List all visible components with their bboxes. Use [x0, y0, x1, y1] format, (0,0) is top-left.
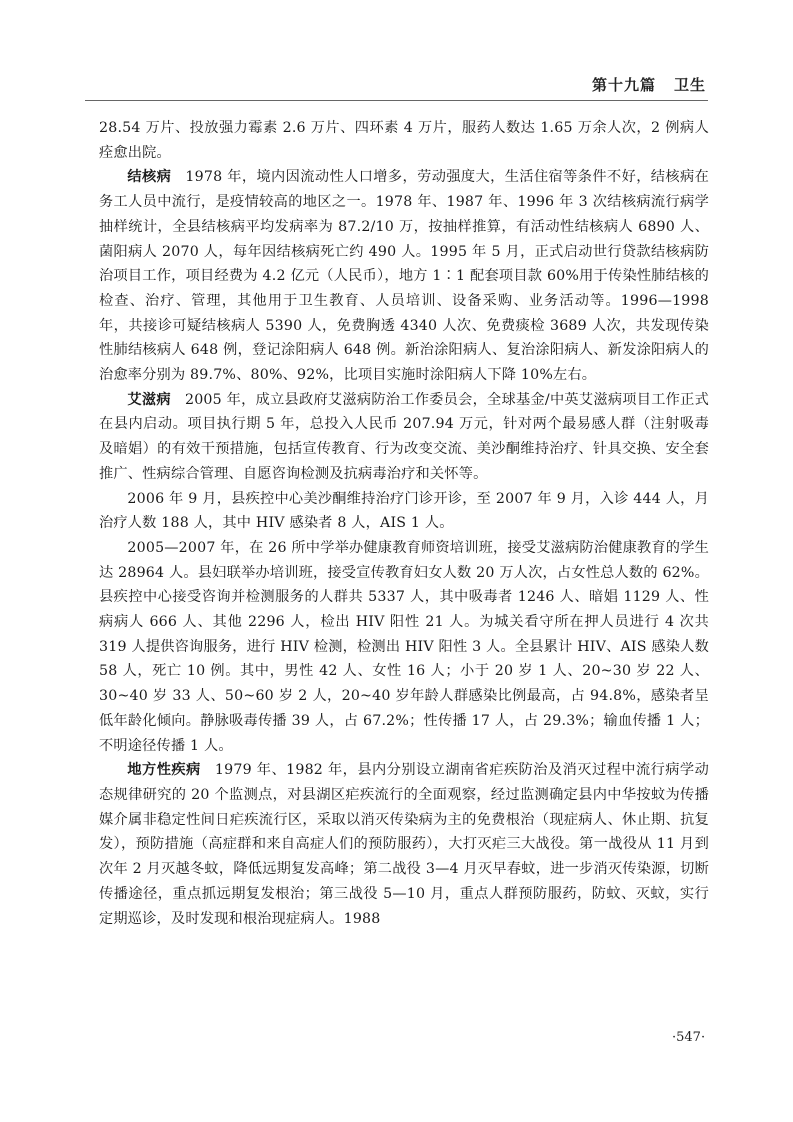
running-header: 第十九篇卫生	[85, 70, 708, 101]
paragraph-continuation: 28.54 万片、投放强力霉素 2.6 万片、四环素 4 万片，服药人数达 1.…	[99, 116, 709, 165]
paragraph-aids-education: 2005—2007 年，在 26 所中学举办健康教育师资培训班，接受艾滋病防治健…	[99, 536, 709, 758]
paragraph-aids: 艾滋病2005 年，成立县政府艾滋病防治工作委员会，全球基金/中英艾滋病项目工作…	[99, 388, 709, 487]
chapter-title: 第十九篇卫生	[592, 74, 706, 95]
paragraph-text: 1979 年、1982 年，县内分别设立湖南省疟疾防治及消灭过程中流行病学动态规…	[99, 762, 709, 926]
page-number: ·547·	[672, 1030, 705, 1045]
section-label: 卫生	[674, 76, 706, 94]
term-heading: 结核病	[127, 169, 171, 185]
paragraph-text: 2005—2007 年，在 26 所中学举办健康教育师资培训班，接受艾滋病防治健…	[99, 540, 709, 754]
paragraph-text: 1978 年，境内因流动性人口增多，劳动强度大，生活住宿等条件不好，结核病在务工…	[99, 169, 709, 383]
paragraph-text: 2005 年，成立县政府艾滋病防治工作委员会，全球基金/中英艾滋病项目工作正式在…	[99, 392, 709, 482]
term-heading: 艾滋病	[127, 392, 170, 408]
term-heading: 地方性疾病	[127, 762, 200, 778]
body-text: 28.54 万片、投放强力霉素 2.6 万片、四环素 4 万片，服药人数达 1.…	[99, 116, 709, 931]
paragraph-text: 28.54 万片、投放强力霉素 2.6 万片、四环素 4 万片，服药人数达 1.…	[99, 120, 709, 161]
paragraph-text: 2006 年 9 月，县疾控中心美沙酮维持治疗门诊开诊，至 2007 年 9 月…	[99, 491, 709, 532]
chapter-label: 第十九篇	[592, 76, 656, 94]
paragraph-tuberculosis: 结核病1978 年，境内因流动性人口增多，劳动强度大，生活住宿等条件不好，结核病…	[99, 165, 709, 387]
paragraph-endemic-disease: 地方性疾病1979 年、1982 年，县内分别设立湖南省疟疾防治及消灭过程中流行…	[99, 758, 709, 931]
paragraph-methadone: 2006 年 9 月，县疾控中心美沙酮维持治疗门诊开诊，至 2007 年 9 月…	[99, 487, 709, 536]
